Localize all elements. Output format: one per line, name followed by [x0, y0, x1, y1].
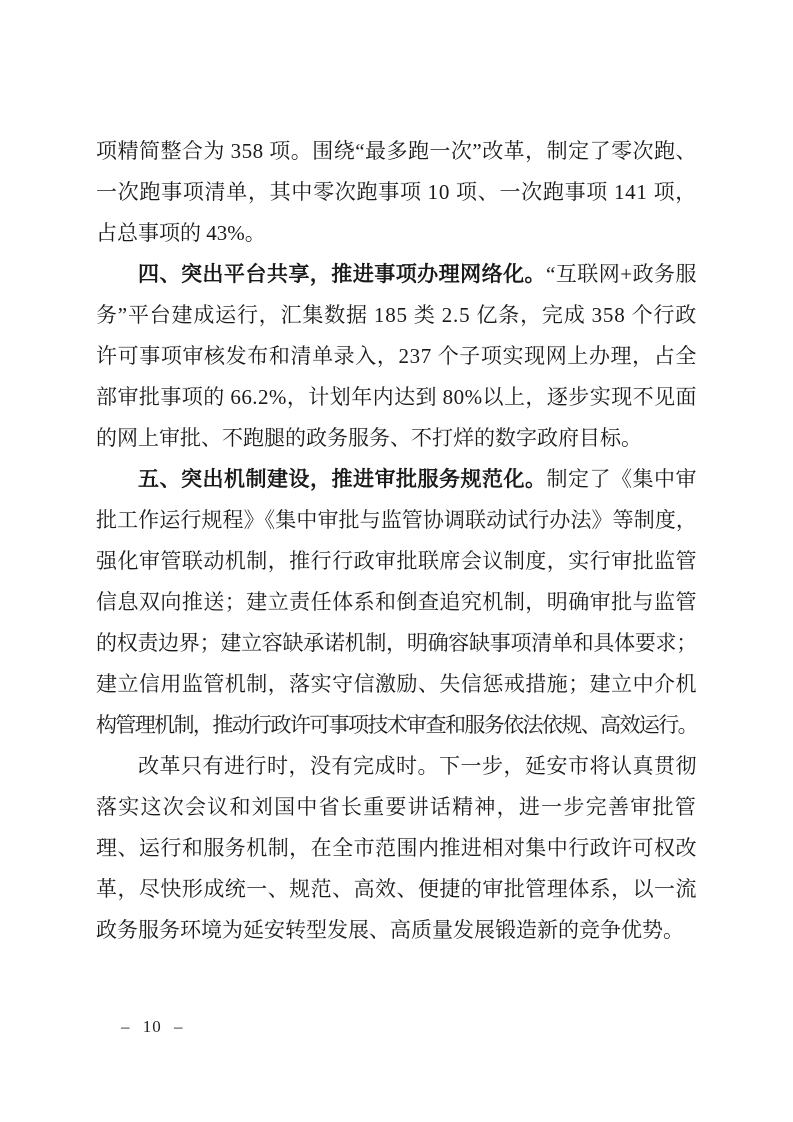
text-line: 建立信用监管机制，落实守信激励、失信惩戒措施；建立中介机 [96, 664, 697, 705]
text-line: 占总事项的 43%。 [96, 213, 697, 254]
paragraph-section-four: 四、突出平台共享，推进事项办理网络化。“互联网+政务服务”平台建成运行，汇集数据… [96, 254, 697, 459]
body-text-segment: 理、运行和服务机制，在全市范围内推进相对集中行政许可权改 [96, 836, 697, 860]
text-line-content: 部审批事项的 66.2%，计划年内达到 80%以上，逐步实现不见面 [96, 377, 697, 418]
text-line-content: 一次跑事项清单，其中零次跑事项 10 项、一次跑事项 141 项， [96, 172, 697, 213]
text-line-content: 的网上审批、不跑腿的政务服务、不打烊的数字政府目标。 [96, 418, 642, 459]
text-line: 政务服务环境为延安转型发展、高质量发展锻造新的竞争优势。 [96, 910, 697, 951]
body-text-segment: 批工作运行规程》《集中审批与监管协调联动试行办法》等制度， [96, 508, 697, 532]
body-text-segment: 占总事项的 43%。 [96, 221, 266, 245]
section-heading-segment: 四、突出平台共享，推进事项办理网络化。 [138, 263, 546, 286]
text-line: 批工作运行规程》《集中审批与监管协调联动试行办法》等制度， [96, 500, 697, 541]
body-text-segment: 的网上审批、不跑腿的政务服务、不打烊的数字政府目标。 [96, 426, 642, 450]
document-page: 项精简整合为 358 项。围绕“最多跑一次”改革，制定了零次跑、一次跑事项清单，… [0, 0, 793, 1122]
body-text-segment: 的权责边界；建立容缺承诺机制，明确容缺事项清单和具体要求； [96, 631, 697, 655]
body-text-segment: 制定了《集中审 [547, 467, 698, 491]
body-text-segment: 许可事项审核发布和清单录入，237 个子项实现网上办理，占全 [96, 344, 697, 368]
text-line-content: 务”平台建成运行，汇集数据 185 类 2.5 亿条，完成 358 个行政 [96, 295, 697, 336]
section-heading-segment: 五、突出机制建设，推进审批服务规范化。 [138, 468, 547, 491]
text-line-content: 的权责边界；建立容缺承诺机制，明确容缺事项清单和具体要求； [96, 623, 697, 664]
text-line: 改革只有进行时，没有完成时。下一步，延安市将认真贯彻 [96, 746, 697, 787]
page-footer: – 10 – [121, 1015, 184, 1039]
body-text-segment: 强化审管联动机制，推行行政审批联席会议制度，实行审批监管 [96, 549, 697, 573]
paragraph-section-five: 五、突出机制建设，推进审批服务规范化。制定了《集中审批工作运行规程》《集中审批与… [96, 459, 697, 746]
paragraph-continuation: 项精简整合为 358 项。围绕“最多跑一次”改革，制定了零次跑、一次跑事项清单，… [96, 131, 697, 254]
text-line: 项精简整合为 358 项。围绕“最多跑一次”改革，制定了零次跑、 [96, 131, 697, 172]
text-line: 的权责边界；建立容缺承诺机制，明确容缺事项清单和具体要求； [96, 623, 697, 664]
text-line: 构管理机制，推动行政许可事项技术审查和服务依法依规、高效运行。 [96, 705, 697, 746]
text-line-content: 革，尽快形成统一、规范、高效、便捷的审批管理体系，以一流 [96, 869, 697, 910]
text-line-content: 批工作运行规程》《集中审批与监管协调联动试行办法》等制度， [96, 500, 697, 541]
text-line-content: 建立信用监管机制，落实守信激励、失信惩戒措施；建立中介机 [96, 664, 697, 705]
text-line: 信息双向推送；建立责任体系和倒查追究机制，明确审批与监管 [96, 582, 697, 623]
text-line-content: 五、突出机制建设，推进审批服务规范化。制定了《集中审 [138, 459, 697, 500]
text-line: 理、运行和服务机制，在全市范围内推进相对集中行政许可权改 [96, 828, 697, 869]
text-line: 一次跑事项清单，其中零次跑事项 10 项、一次跑事项 141 项， [96, 172, 697, 213]
body-text-segment: 项精简整合为 358 项。围绕“最多跑一次”改革，制定了零次跑、 [96, 139, 697, 163]
text-line: 务”平台建成运行，汇集数据 185 类 2.5 亿条，完成 358 个行政 [96, 295, 697, 336]
text-line-content: 四、突出平台共享，推进事项办理网络化。“互联网+政务服 [138, 254, 697, 295]
body-text-segment: 部审批事项的 66.2%，计划年内达到 80%以上，逐步实现不见面 [96, 385, 697, 409]
text-line: 强化审管联动机制，推行行政审批联席会议制度，实行审批监管 [96, 541, 697, 582]
text-line-content: 信息双向推送；建立责任体系和倒查追究机制，明确审批与监管 [96, 582, 697, 623]
body-text-segment: 建立信用监管机制，落实守信激励、失信惩戒措施；建立中介机 [96, 672, 697, 696]
body-text-segment: 一次跑事项清单，其中零次跑事项 10 项、一次跑事项 141 项， [96, 180, 697, 204]
text-line-content: 落实这次会议和刘国中省长重要讲话精神，进一步完善审批管 [96, 787, 697, 828]
text-line-content: 强化审管联动机制，推行行政审批联席会议制度，实行审批监管 [96, 541, 697, 582]
text-line-content: 政务服务环境为延安转型发展、高质量发展锻造新的竞争优势。 [96, 910, 684, 951]
body-text-segment: “互联网+政务服 [546, 262, 697, 286]
text-line: 许可事项审核发布和清单录入，237 个子项实现网上办理，占全 [96, 336, 697, 377]
body-text-segment: 革，尽快形成统一、规范、高效、便捷的审批管理体系，以一流 [96, 877, 697, 901]
text-line: 五、突出机制建设，推进审批服务规范化。制定了《集中审 [96, 459, 697, 500]
body-text-segment: 落实这次会议和刘国中省长重要讲话精神，进一步完善审批管 [96, 795, 697, 819]
paragraph-closing: 改革只有进行时，没有完成时。下一步，延安市将认真贯彻落实这次会议和刘国中省长重要… [96, 746, 697, 951]
text-line: 落实这次会议和刘国中省长重要讲话精神，进一步完善审批管 [96, 787, 697, 828]
body-text-segment: 改革只有进行时，没有完成时。下一步，延安市将认真贯彻 [138, 754, 697, 778]
text-line-content: 许可事项审核发布和清单录入，237 个子项实现网上办理，占全 [96, 336, 697, 377]
page-number: – 10 – [121, 1017, 184, 1036]
text-line-content: 构管理机制，推动行政许可事项技术审查和服务依法依规、高效运行。 [96, 705, 697, 746]
text-line: 四、突出平台共享，推进事项办理网络化。“互联网+政务服 [96, 254, 697, 295]
text-line-content: 项精简整合为 358 项。围绕“最多跑一次”改革，制定了零次跑、 [96, 131, 697, 172]
document-body: 项精简整合为 358 项。围绕“最多跑一次”改革，制定了零次跑、一次跑事项清单，… [96, 131, 697, 951]
body-text-segment: 政务服务环境为延安转型发展、高质量发展锻造新的竞争优势。 [96, 918, 684, 942]
text-line-content: 改革只有进行时，没有完成时。下一步，延安市将认真贯彻 [138, 746, 697, 787]
text-line: 革，尽快形成统一、规范、高效、便捷的审批管理体系，以一流 [96, 869, 697, 910]
body-text-segment: 信息双向推送；建立责任体系和倒查追究机制，明确审批与监管 [96, 590, 697, 614]
text-line-content: 占总事项的 43%。 [96, 213, 266, 254]
text-line-content: 理、运行和服务机制，在全市范围内推进相对集中行政许可权改 [96, 828, 697, 869]
text-line: 部审批事项的 66.2%，计划年内达到 80%以上，逐步实现不见面 [96, 377, 697, 418]
text-line: 的网上审批、不跑腿的政务服务、不打烊的数字政府目标。 [96, 418, 697, 459]
body-text-segment: 构管理机制，推动行政许可事项技术审查和服务依法依规、高效运行。 [96, 713, 697, 737]
body-text-segment: 务”平台建成运行，汇集数据 185 类 2.5 亿条，完成 358 个行政 [96, 303, 697, 327]
